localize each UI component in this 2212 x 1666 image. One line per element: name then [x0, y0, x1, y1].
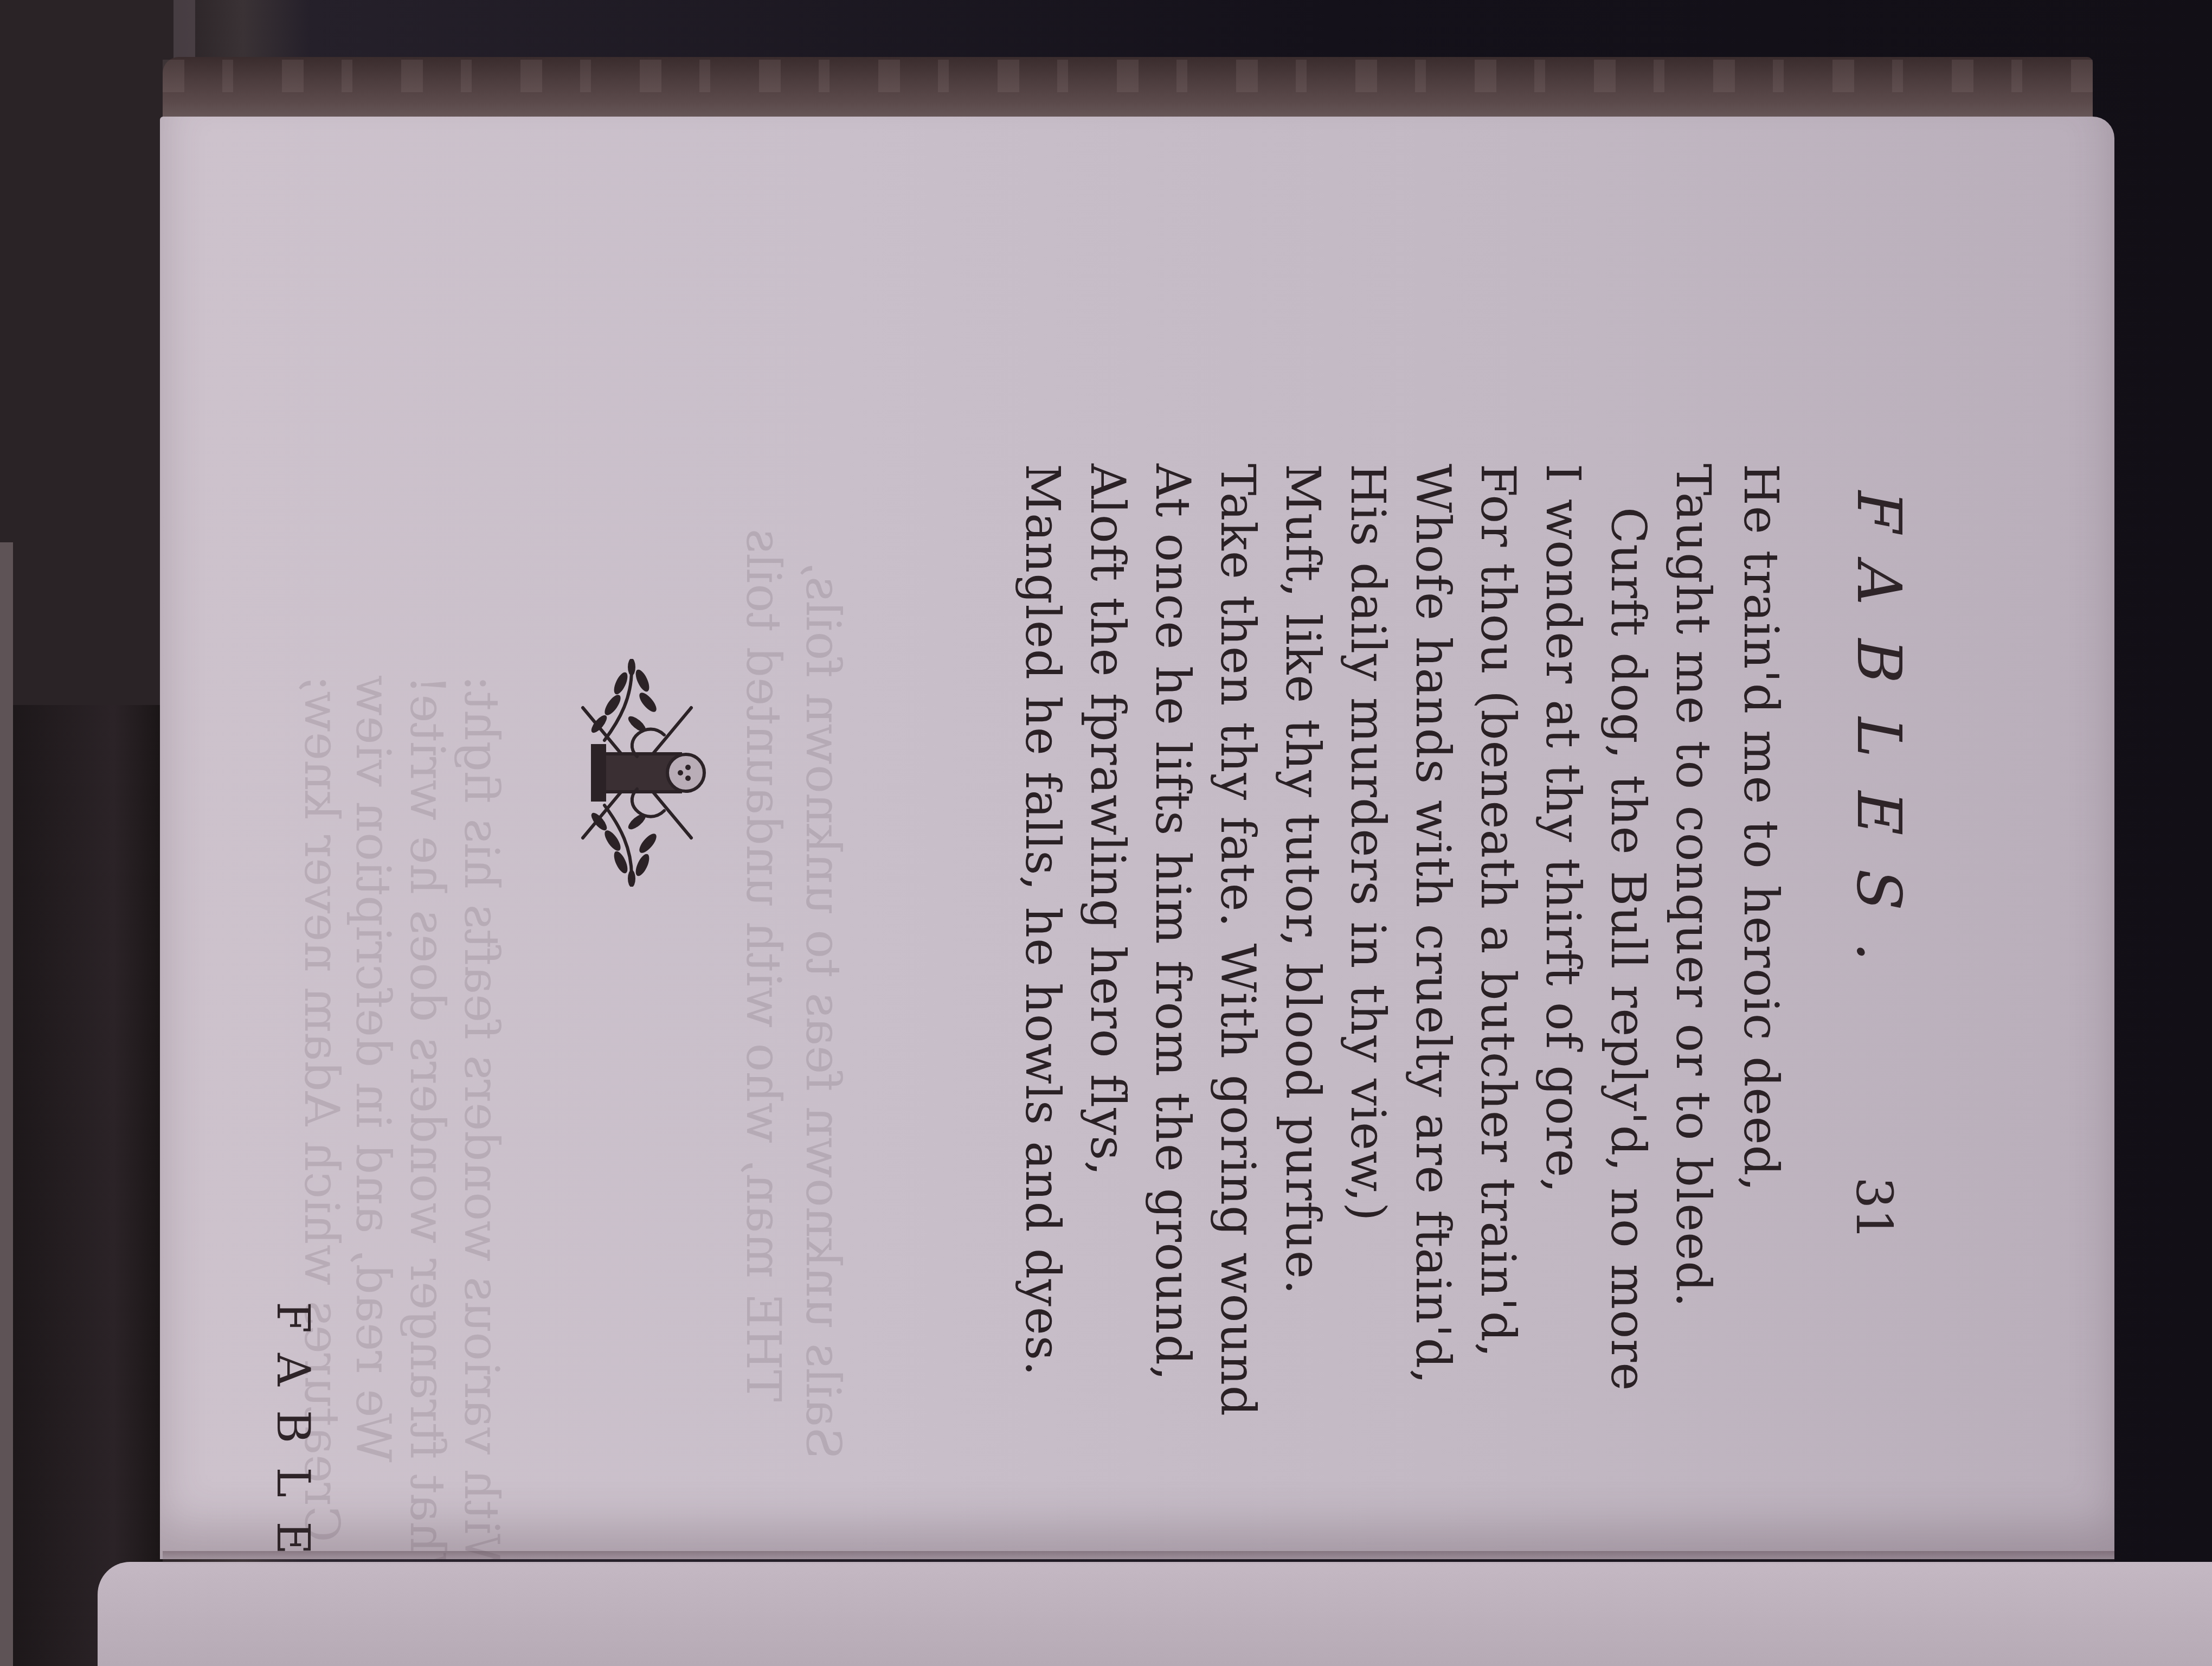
show-through-line: What ftranger wonders does he write!: [400, 675, 455, 1559]
page-number: 31: [1845, 1177, 1903, 1240]
background-surface: [0, 705, 163, 1666]
verse-line: Curft dog, the Bull reply'd, no more: [1600, 507, 1656, 1391]
verse-line: At once he lifts him from the ground,: [1145, 464, 1201, 1381]
verse-line: Mangled he falls, he howls and dyes.: [1015, 464, 1071, 1376]
verse-line: I wonder at thy thirft of gore,: [1535, 464, 1591, 1194]
running-title: FABLES.: [1843, 491, 1914, 995]
book-page: THE man, who with undaunted toils Sails …: [160, 117, 2114, 1559]
foliage-lyre-ornament-icon: [556, 659, 713, 887]
background-edge: [0, 542, 13, 1666]
page-content: THE man, who with undaunted toils Sails …: [160, 117, 2114, 1559]
show-through-line: Sails unknown feas to unknown foils,: [795, 561, 851, 1459]
background-streak: [173, 0, 195, 65]
spine-wear-texture: [163, 60, 2093, 92]
verse-line: He train'd me to heroic deed,: [1733, 464, 1789, 1192]
catchword: FABLE: [267, 1302, 320, 1559]
show-through-line: THE man, who with undaunted toils: [736, 529, 792, 1402]
show-through-line: With various wonders feafts his fight:: [454, 675, 510, 1559]
verse-line: Whofe hands with cruelty are ftain'd,: [1405, 464, 1461, 1385]
verse-line: His daily murders in thy view,): [1340, 464, 1396, 1221]
page-gutter-shadow: [163, 1551, 2114, 1564]
verse-line: For thou (beneath a butcher train'd,: [1470, 464, 1526, 1358]
verse-line: Muft, like thy tutor, blood purfue.: [1275, 464, 1331, 1295]
show-through-line: We read, and in defcription view: [345, 675, 401, 1463]
photo-scene: THE man, who with undaunted toils Sails …: [0, 0, 2212, 1666]
verse-line: Taught me to conquer or to bleed.: [1666, 464, 1721, 1308]
verse-line: Take then thy fate. With goring wound: [1210, 464, 1266, 1417]
underlying-page: [98, 1562, 2212, 1666]
page-header: FABLES. 31: [1838, 117, 1914, 1559]
verse-line: Aloft the fprawling hero flys,: [1080, 464, 1136, 1176]
